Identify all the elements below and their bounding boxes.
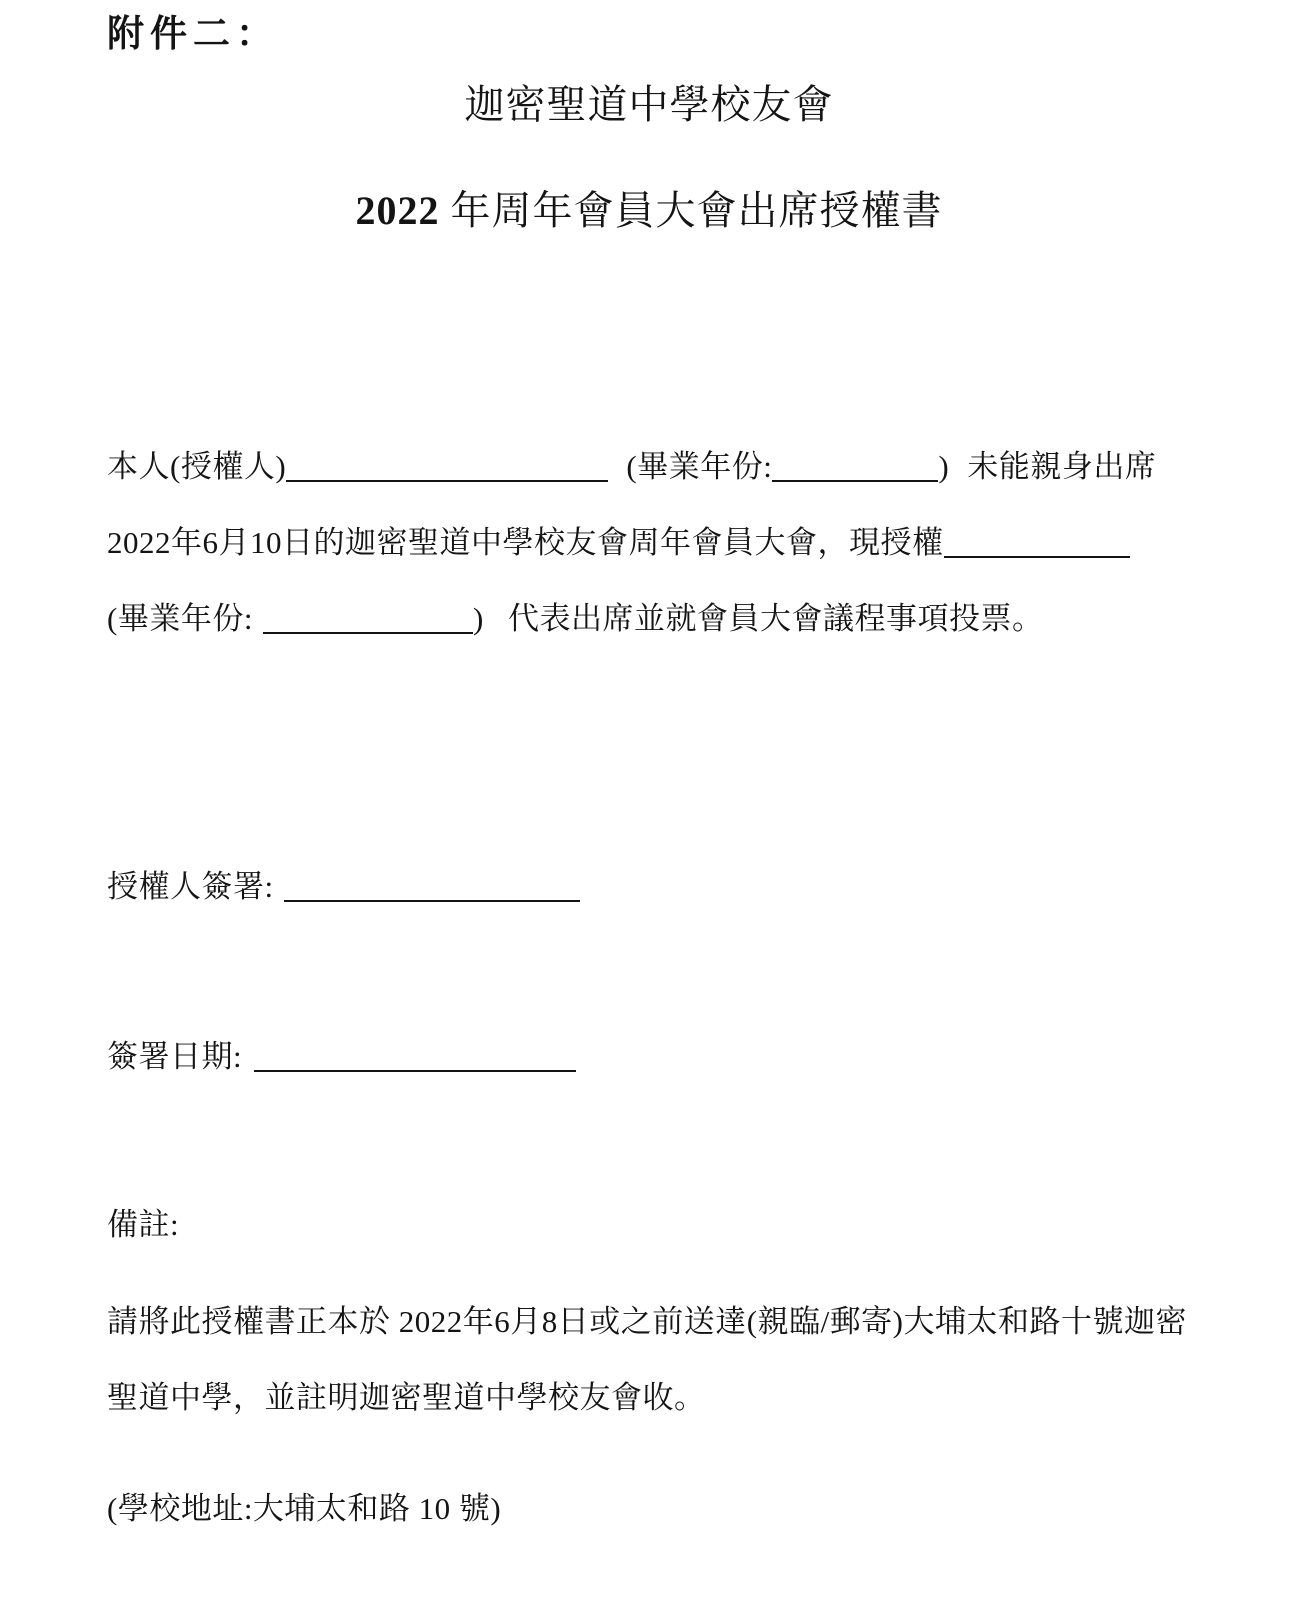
meeting-authorize-text: 2022年6月10日的迦密聖道中學校友會周年會員大會，現授權 [107,525,944,560]
blank-grad-year-1 [772,454,938,482]
document-page: 附件二： 迦密聖道中學校友會 2022 年周年會員大會出席授權書 本人(授權人)… [0,0,1298,1600]
signature-label: 授權人簽署: [107,869,274,904]
notes-paragraph-line-2: 聖道中學，並註明迦密聖道中學校友會收。 [107,1379,706,1418]
blank-grad-year-2 [263,606,473,634]
association-title: 迦密聖道中學校友會 [0,80,1298,130]
notes-heading: 備註: [107,1206,179,1245]
body-line-3: (畢業年份:) 代表出席並就會員大會議程事項投票。 [107,600,1044,639]
unable-attend-text: 未能親身出席 [967,449,1156,484]
grad-year-2-label: (畢業年份: [107,601,253,636]
grad-year-2-close-paren: ) [473,601,484,636]
blank-principal-name [286,454,608,482]
body-line-2: 2022年6月10日的迦密聖道中學校友會周年會員大會，現授權 [107,524,1130,563]
principal-label: 本人(授權人) [107,449,286,484]
signature-row: 授權人簽署: [107,868,580,907]
body-line-1: 本人(授權人) (畢業年份:) 未能親身出席 [107,448,1156,487]
proxy-vote-text: 代表出席並就會員大會議程事項投票。 [508,601,1044,636]
blank-date [254,1044,576,1072]
blank-signature [284,874,580,902]
notes-paragraph-line-1: 請將此授權書正本於 2022年6月8日或之前送達(親臨/郵寄)大埔太和路十號迦密 [107,1303,1187,1342]
grad-year-1-label: (畢業年份: [626,449,772,484]
blank-proxy-name [944,530,1130,558]
grad-year-1-close-paren: ) [938,449,949,484]
attachment-label: 附件二： [107,12,279,58]
form-title: 2022 年周年會員大會出席授權書 [0,186,1298,236]
date-label: 簽署日期: [107,1039,242,1074]
date-row: 簽署日期: [107,1038,576,1077]
form-title-year: 2022 [356,188,440,233]
form-title-text: 年周年會員大會出席授權書 [451,188,943,233]
school-address: (學校地址:大埔太和路 10 號) [107,1490,501,1529]
